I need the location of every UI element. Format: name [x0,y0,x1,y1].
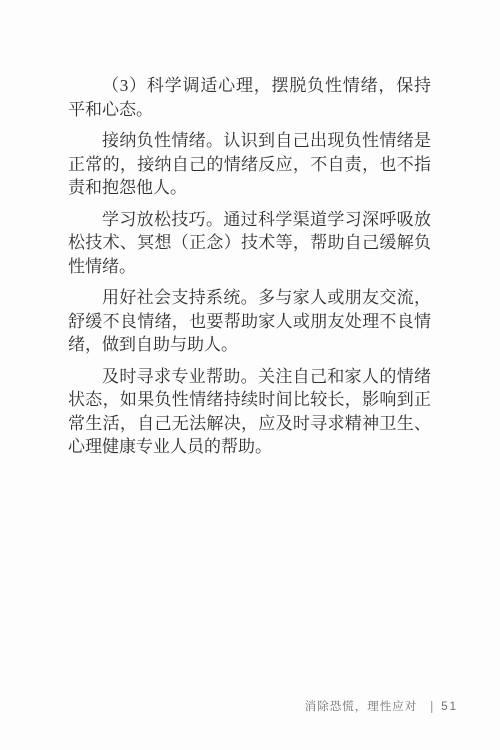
body-text: （3）科学调适心理，摆脱负性情绪，保持平和心态。 接纳负性情绪。认识到自己出现负… [68,74,431,467]
page-footer: 消除恐慌，理性应对|51 [305,698,458,714]
paragraph: 及时寻求专业帮助。关注自己和家人的情绪状态，如果负性情绪持续时间比较长，影响到正… [68,365,431,459]
book-page: （3）科学调适心理，摆脱负性情绪，保持平和心态。 接纳负性情绪。认识到自己出现负… [0,0,500,750]
paragraph: 接纳负性情绪。认识到自己出现负性情绪是正常的，接纳自己的情绪反应，不自责，也不指… [68,129,431,200]
paragraph: 学习放松技巧。通过科学渠道学习深呼吸放松技术、冥想（正念）技术等，帮助自己缓解负… [68,208,431,279]
running-title: 消除恐慌，理性应对 [305,701,418,713]
footer-separator: | [430,700,434,713]
paragraph: 用好社会支持系统。多与家人或朋友交流，舒缓不良情绪，也要帮助家人或朋友处理不良情… [68,286,431,357]
paragraph: （3）科学调适心理，摆脱负性情绪，保持平和心态。 [68,74,431,121]
page-number: 51 [441,701,458,713]
